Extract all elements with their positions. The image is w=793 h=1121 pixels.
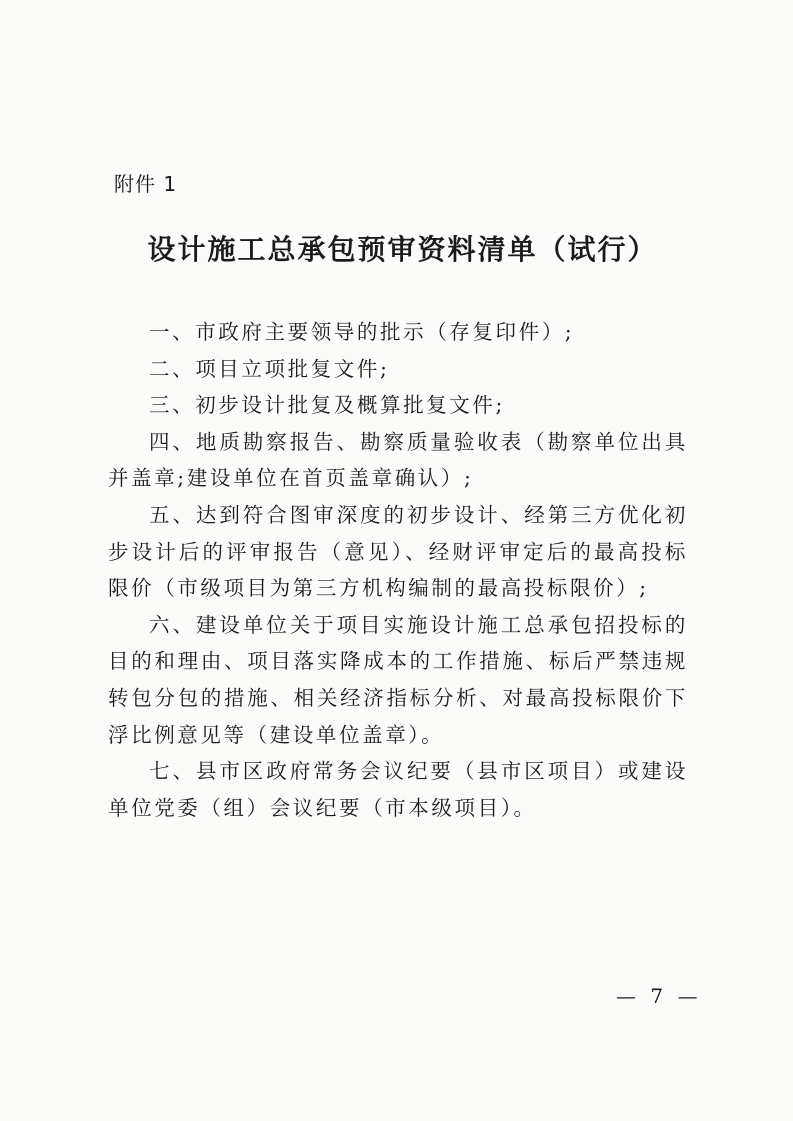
list-item: 三、初步设计批复及概算批复文件;: [108, 387, 688, 424]
attachment-label: 附件 1: [114, 168, 177, 197]
list-item: 七、县市区政府常务会议纪要（县市区项目）或建设单位党委（组）会议纪要（市本级项目…: [108, 753, 688, 826]
list-item: 五、达到符合图审深度的初步设计、经第三方优化初步设计后的评审报告（意见）、经财评…: [108, 497, 688, 607]
document-title: 设计施工总承包预审资料清单（试行）: [0, 228, 793, 268]
list-item: 六、建设单位关于项目实施设计施工总承包招投标的目的和理由、项目落实降成本的工作措…: [108, 607, 688, 753]
page-number: — 7 —: [616, 984, 701, 1008]
list-item: 一、市政府主要领导的批示（存复印件）;: [108, 314, 688, 351]
list-item: 四、地质勘察报告、勘察质量验收表（勘察单位出具并盖章;建设单位在首页盖章确认）;: [108, 424, 688, 497]
document-body: 一、市政府主要领导的批示（存复印件）; 二、项目立项批复文件; 三、初步设计批复…: [108, 314, 688, 826]
list-item: 二、项目立项批复文件;: [108, 351, 688, 388]
